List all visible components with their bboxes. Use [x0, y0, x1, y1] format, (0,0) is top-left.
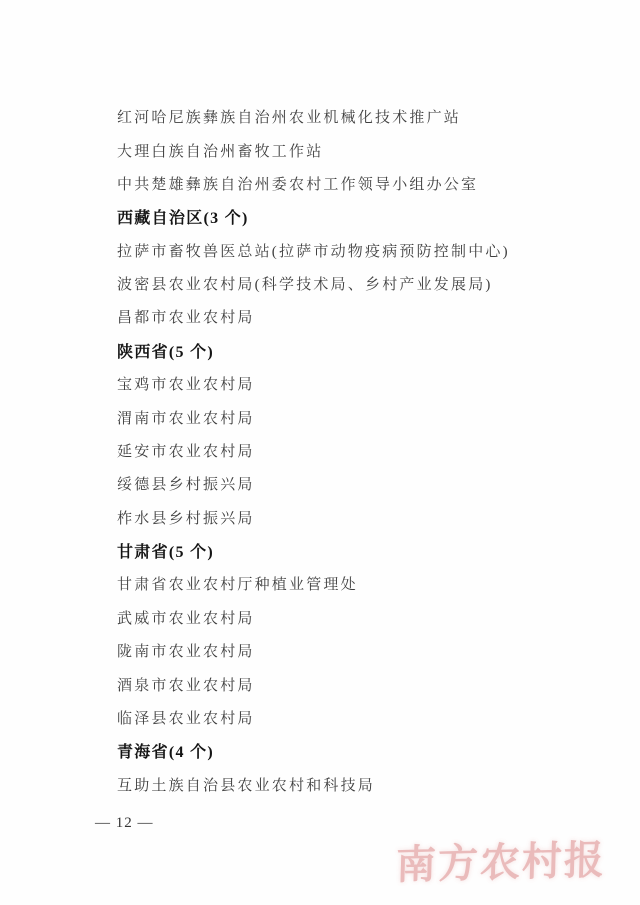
agency-line: 绥德县乡村振兴局: [117, 467, 610, 500]
document-page: 红河哈尼族彝族自治州农业机械化技术推广站大理白族自治州畜牧工作站中共楚雄彝族自治…: [0, 0, 640, 905]
province-heading: 陕西省(5 个): [117, 334, 610, 367]
agency-line: 陇南市农业农村局: [117, 634, 610, 667]
agency-line: 大理白族自治州畜牧工作站: [117, 133, 610, 166]
agency-line: 拉萨市畜牧兽医总站(拉萨市动物疫病预防控制中心): [117, 234, 610, 267]
agency-line: 延安市农业农村局: [117, 434, 610, 467]
agency-line: 波密县农业农村局(科学技术局、乡村产业发展局): [117, 267, 610, 300]
agency-line: 红河哈尼族彝族自治州农业机械化技术推广站: [117, 100, 610, 133]
agency-line: 中共楚雄彝族自治州委农村工作领导小组办公室: [117, 167, 610, 200]
agency-line: 甘肃省农业农村厅种植业管理处: [117, 567, 610, 600]
agency-line: 渭南市农业农村局: [117, 400, 610, 433]
agency-line: 互助土族自治县农业农村和科技局: [117, 768, 610, 801]
agency-line: 武威市农业农村局: [117, 601, 610, 634]
agency-line: 昌都市农业农村局: [117, 300, 610, 333]
agency-line: 酒泉市农业农村局: [117, 667, 610, 700]
province-heading: 青海省(4 个): [117, 734, 610, 767]
agency-line: 临泽县农业农村局: [117, 701, 610, 734]
page-number: — 12 —: [95, 815, 154, 832]
agency-line: 宝鸡市农业农村局: [117, 367, 610, 400]
province-heading: 甘肃省(5 个): [117, 534, 610, 567]
watermark: 南方农村报: [395, 828, 606, 891]
province-heading: 西藏自治区(3 个): [117, 200, 610, 233]
agency-list: 红河哈尼族彝族自治州农业机械化技术推广站大理白族自治州畜牧工作站中共楚雄彝族自治…: [117, 100, 610, 801]
agency-line: 柞水县乡村振兴局: [117, 501, 610, 534]
